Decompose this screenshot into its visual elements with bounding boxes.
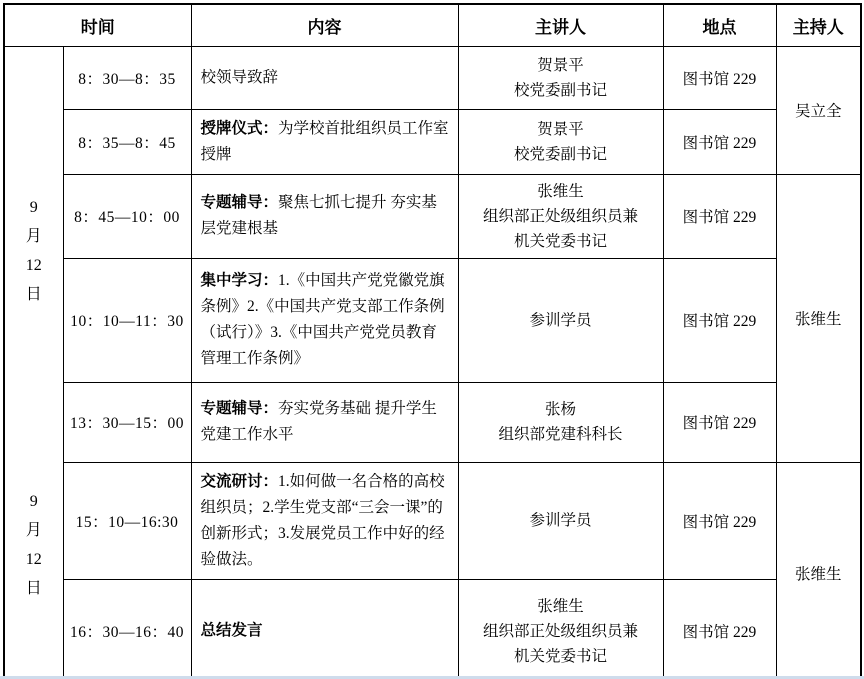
speaker-cell: 参训学员 <box>458 258 663 382</box>
location-cell: 图书馆 229 <box>663 109 776 174</box>
date-cell: 9 月 12 日 9 月 12 日 <box>4 46 63 679</box>
host-cell: 吴立全 <box>776 46 861 174</box>
location-cell: 图书馆 229 <box>663 579 776 679</box>
time-cell: 8：30—8：35 <box>63 46 191 109</box>
speaker-cell: 贺景平 校党委副书记 <box>458 109 663 174</box>
speaker-cell: 张杨 组织部党建科科长 <box>458 382 663 462</box>
time-cell: 10：10—11：30 <box>63 258 191 382</box>
content-cell: 专题辅导：夯实党务基础 提升学生党建工作水平 <box>191 382 458 462</box>
time-cell: 16：30—16：40 <box>63 579 191 679</box>
time-cell: 15：10—16:30 <box>63 462 191 579</box>
content-cell: 集中学习：1.《中国共产党党徽党旗条例》2.《中国共产党支部工作条例（试行）》3… <box>191 258 458 382</box>
location-cell: 图书馆 229 <box>663 258 776 382</box>
table-row: 10：10—11：30 集中学习：1.《中国共产党党徽党旗条例》2.《中国共产党… <box>4 258 861 382</box>
host-cell: 张维生 <box>776 462 861 679</box>
content-cell: 专题辅导：聚焦七抓七提升 夯实基层党建根基 <box>191 174 458 258</box>
content-cell: 校领导致辞 <box>191 46 458 109</box>
table-row: 16：30—16：40 总结发言 张维生 组织部正处级组织员兼 机关党委书记 图… <box>4 579 861 679</box>
header-location: 地点 <box>663 4 776 46</box>
table-row: 13：30—15：00 专题辅导：夯实党务基础 提升学生党建工作水平 张杨 组织… <box>4 382 861 462</box>
header-row: 时间 内容 主讲人 地点 主持人 <box>4 4 861 46</box>
time-cell: 13：30—15：00 <box>63 382 191 462</box>
schedule-page: 时间 内容 主讲人 地点 主持人 9 月 12 日 9 月 12 日 <box>0 0 864 679</box>
time-cell: 8：45—10：00 <box>63 174 191 258</box>
speaker-cell: 贺景平 校党委副书记 <box>458 46 663 109</box>
schedule-table: 时间 内容 主讲人 地点 主持人 9 月 12 日 9 月 12 日 <box>3 3 862 679</box>
host-cell: 张维生 <box>776 174 861 462</box>
header-content: 内容 <box>191 4 458 46</box>
speaker-cell: 参训学员 <box>458 462 663 579</box>
location-cell: 图书馆 229 <box>663 46 776 109</box>
date-text-afternoon: 9 月 12 日 <box>5 487 63 603</box>
location-cell: 图书馆 229 <box>663 462 776 579</box>
location-cell: 图书馆 229 <box>663 174 776 258</box>
content-cell: 总结发言 <box>191 579 458 679</box>
table-row: 8：35—8：45 授牌仪式：为学校首批组织员工作室授牌 贺景平 校党委副书记 … <box>4 109 861 174</box>
location-cell: 图书馆 229 <box>663 382 776 462</box>
header-time: 时间 <box>4 4 191 46</box>
date-text-morning: 9 月 12 日 <box>5 193 63 309</box>
speaker-cell: 张维生 组织部正处级组织员兼 机关党委书记 <box>458 174 663 258</box>
table-row: 15：10—16:30 交流研讨：1.如何做一名合格的高校组织员；2.学生党支部… <box>4 462 861 579</box>
table-row: 8：45—10：00 专题辅导：聚焦七抓七提升 夯实基层党建根基 张维生 组织部… <box>4 174 861 258</box>
speaker-cell: 张维生 组织部正处级组织员兼 机关党委书记 <box>458 579 663 679</box>
content-cell: 授牌仪式：为学校首批组织员工作室授牌 <box>191 109 458 174</box>
header-host: 主持人 <box>776 4 861 46</box>
time-cell: 8：35—8：45 <box>63 109 191 174</box>
header-speaker: 主讲人 <box>458 4 663 46</box>
content-cell: 交流研讨：1.如何做一名合格的高校组织员；2.学生党支部“三会一课”的创新形式；… <box>191 462 458 579</box>
table-row: 9 月 12 日 9 月 12 日 8：30—8：35 校领导致辞 贺景平 校党… <box>4 46 861 109</box>
